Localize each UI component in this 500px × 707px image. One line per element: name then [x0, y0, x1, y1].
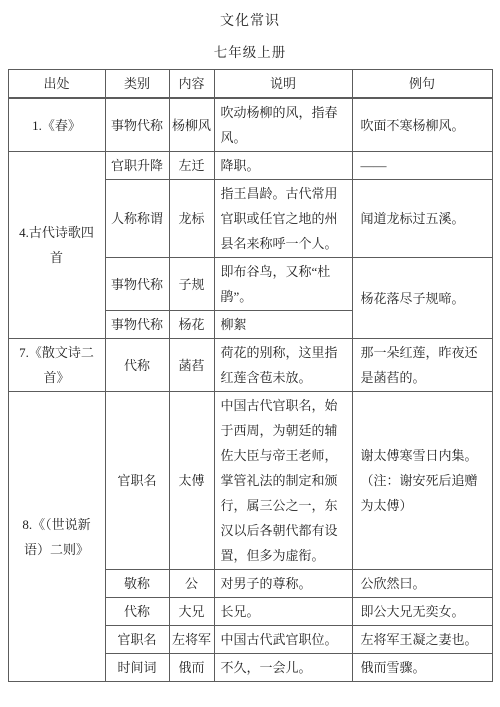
table-row: 4.古代诗歌四首 官职升降 左迁 降职。 ——	[8, 152, 492, 180]
cell-source: 4.古代诗歌四首	[8, 152, 105, 339]
cell-example: ——	[352, 152, 492, 180]
cell-source: 7.《散文诗二首》	[8, 339, 105, 392]
cell-content: 杨柳风	[169, 98, 214, 152]
cell-example: 左将军王凝之妻也。	[352, 626, 492, 654]
cell-content: 子规	[169, 258, 214, 311]
cell-explanation: 中国古代官职名，始于西周，为朝廷的辅佐大臣与帝王老师，掌管礼法的制定和颁行，属三…	[214, 392, 352, 570]
cell-category: 代称	[105, 339, 169, 392]
cell-example: 杨花落尽子规啼。	[352, 258, 492, 339]
cell-category: 代称	[105, 598, 169, 626]
cell-category: 官职名	[105, 626, 169, 654]
cell-explanation: 荷花的别称，这里指红莲含苞未放。	[214, 339, 352, 392]
cell-category: 官职名	[105, 392, 169, 570]
header-explanation: 说明	[214, 70, 352, 99]
table-row: 8.《（世说新语）二则》 官职名 太傅 中国古代官职名，始于西周，为朝廷的辅佐大…	[8, 392, 492, 570]
header-source: 出处	[8, 70, 105, 99]
cell-content: 公	[169, 570, 214, 598]
cell-explanation: 中国古代武官职位。	[214, 626, 352, 654]
cell-example: 即公大兄无奕女。	[352, 598, 492, 626]
cell-explanation: 不久，一会儿。	[214, 654, 352, 682]
cell-explanation: 柳絮	[214, 311, 352, 339]
table-row: 7.《散文诗二首》 代称 菡萏 荷花的别称，这里指红莲含苞未放。 那一朵红莲，昨…	[8, 339, 492, 392]
document-subtitle: 七年级上册	[0, 45, 500, 61]
cell-example: 那一朵红莲，昨夜还是菡萏的。	[352, 339, 492, 392]
cell-category: 敬称	[105, 570, 169, 598]
cell-category: 事物代称	[105, 311, 169, 339]
cell-example: 谢太傅寒雪日内集。 （注：谢安死后追赠为太傅）	[352, 392, 492, 570]
cell-category: 时间词	[105, 654, 169, 682]
cell-explanation: 长兄。	[214, 598, 352, 626]
cell-example: 吹面不寒杨柳风。	[352, 98, 492, 152]
cell-example: 公欣然曰。	[352, 570, 492, 598]
table-row: 1.《春》 事物代称 杨柳风 吹动杨柳的风，指春风。 吹面不寒杨柳风。	[8, 98, 492, 152]
cell-content: 太傅	[169, 392, 214, 570]
culture-knowledge-table: 出处 类别 内容 说明 例句 1.《春》 事物代称 杨柳风 吹动杨柳的风，指春风…	[8, 69, 493, 682]
cell-category: 人称称谓	[105, 180, 169, 258]
document-page: 文化常识 七年级上册 出处 类别 内容 说明 例句 1.《春》 事物代称 杨柳风	[0, 0, 500, 707]
cell-content: 杨花	[169, 311, 214, 339]
cell-explanation: 即布谷鸟，又称“杜鹃”。	[214, 258, 352, 311]
cell-explanation: 降职。	[214, 152, 352, 180]
cell-content: 大兄	[169, 598, 214, 626]
cell-explanation: 对男子的尊称。	[214, 570, 352, 598]
header-category: 类别	[105, 70, 169, 99]
header-example: 例句	[352, 70, 492, 99]
cell-category: 事物代称	[105, 258, 169, 311]
cell-source: 8.《（世说新语）二则》	[8, 392, 105, 682]
cell-content: 菡萏	[169, 339, 214, 392]
cell-example: 俄而雪骤。	[352, 654, 492, 682]
document-title: 文化常识	[0, 14, 500, 30]
table-header-row: 出处 类别 内容 说明 例句	[8, 70, 492, 99]
header-content: 内容	[169, 70, 214, 99]
cell-content: 左将军	[169, 626, 214, 654]
cell-source: 1.《春》	[8, 98, 105, 152]
cell-example: 闻道龙标过五溪。	[352, 180, 492, 258]
cell-category: 事物代称	[105, 98, 169, 152]
cell-content: 俄而	[169, 654, 214, 682]
cell-category: 官职升降	[105, 152, 169, 180]
cell-explanation: 指王昌龄。古代常用官职或任官之地的州县名来称呼一个人。	[214, 180, 352, 258]
cell-content: 龙标	[169, 180, 214, 258]
cell-explanation: 吹动杨柳的风，指春风。	[214, 98, 352, 152]
cell-content: 左迁	[169, 152, 214, 180]
